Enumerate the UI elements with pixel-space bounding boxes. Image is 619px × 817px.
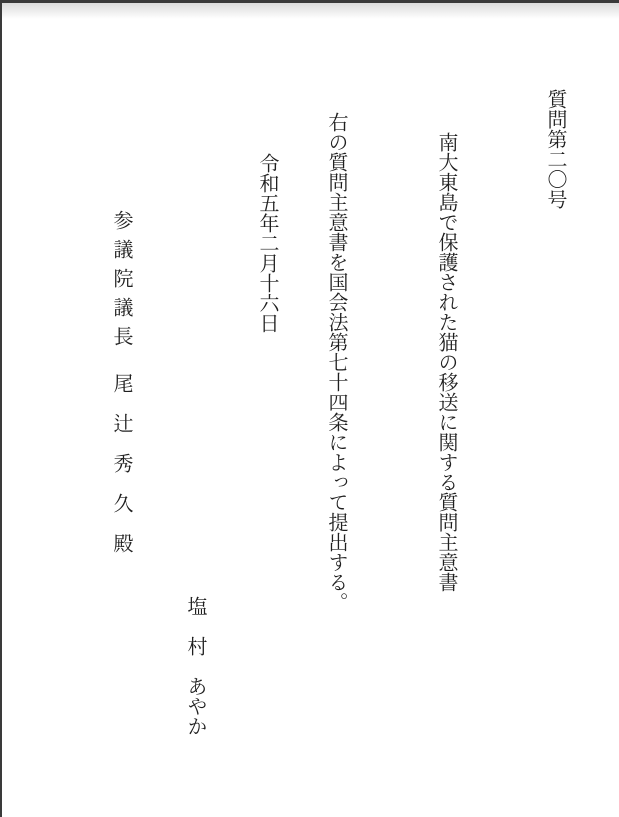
date-line: 令和五年二月十六日 (257, 153, 277, 333)
signer-name: 塩 村 あやか (185, 596, 205, 736)
recipient-name: 尾 辻 秀 久 殿 (110, 373, 132, 553)
recipient-line: 参議院議長尾 辻 秀 久 殿 (111, 210, 131, 553)
document-title: 南大東島で保護された猫の移送に関する質問主意書 (436, 132, 456, 592)
page-left-edge (0, 0, 2, 817)
submission-statement: 右の質問主意書を国会法第七十四条によって提出する。 (326, 112, 346, 612)
recipient-title: 参議院議長 (110, 210, 132, 355)
page-top-edge-shadow (0, 3, 619, 19)
document-page: 質問第二〇号 南大東島で保護された猫の移送に関する質問主意書 右の質問主意書を国… (0, 0, 619, 817)
document-number: 質問第二〇号 (545, 89, 565, 209)
